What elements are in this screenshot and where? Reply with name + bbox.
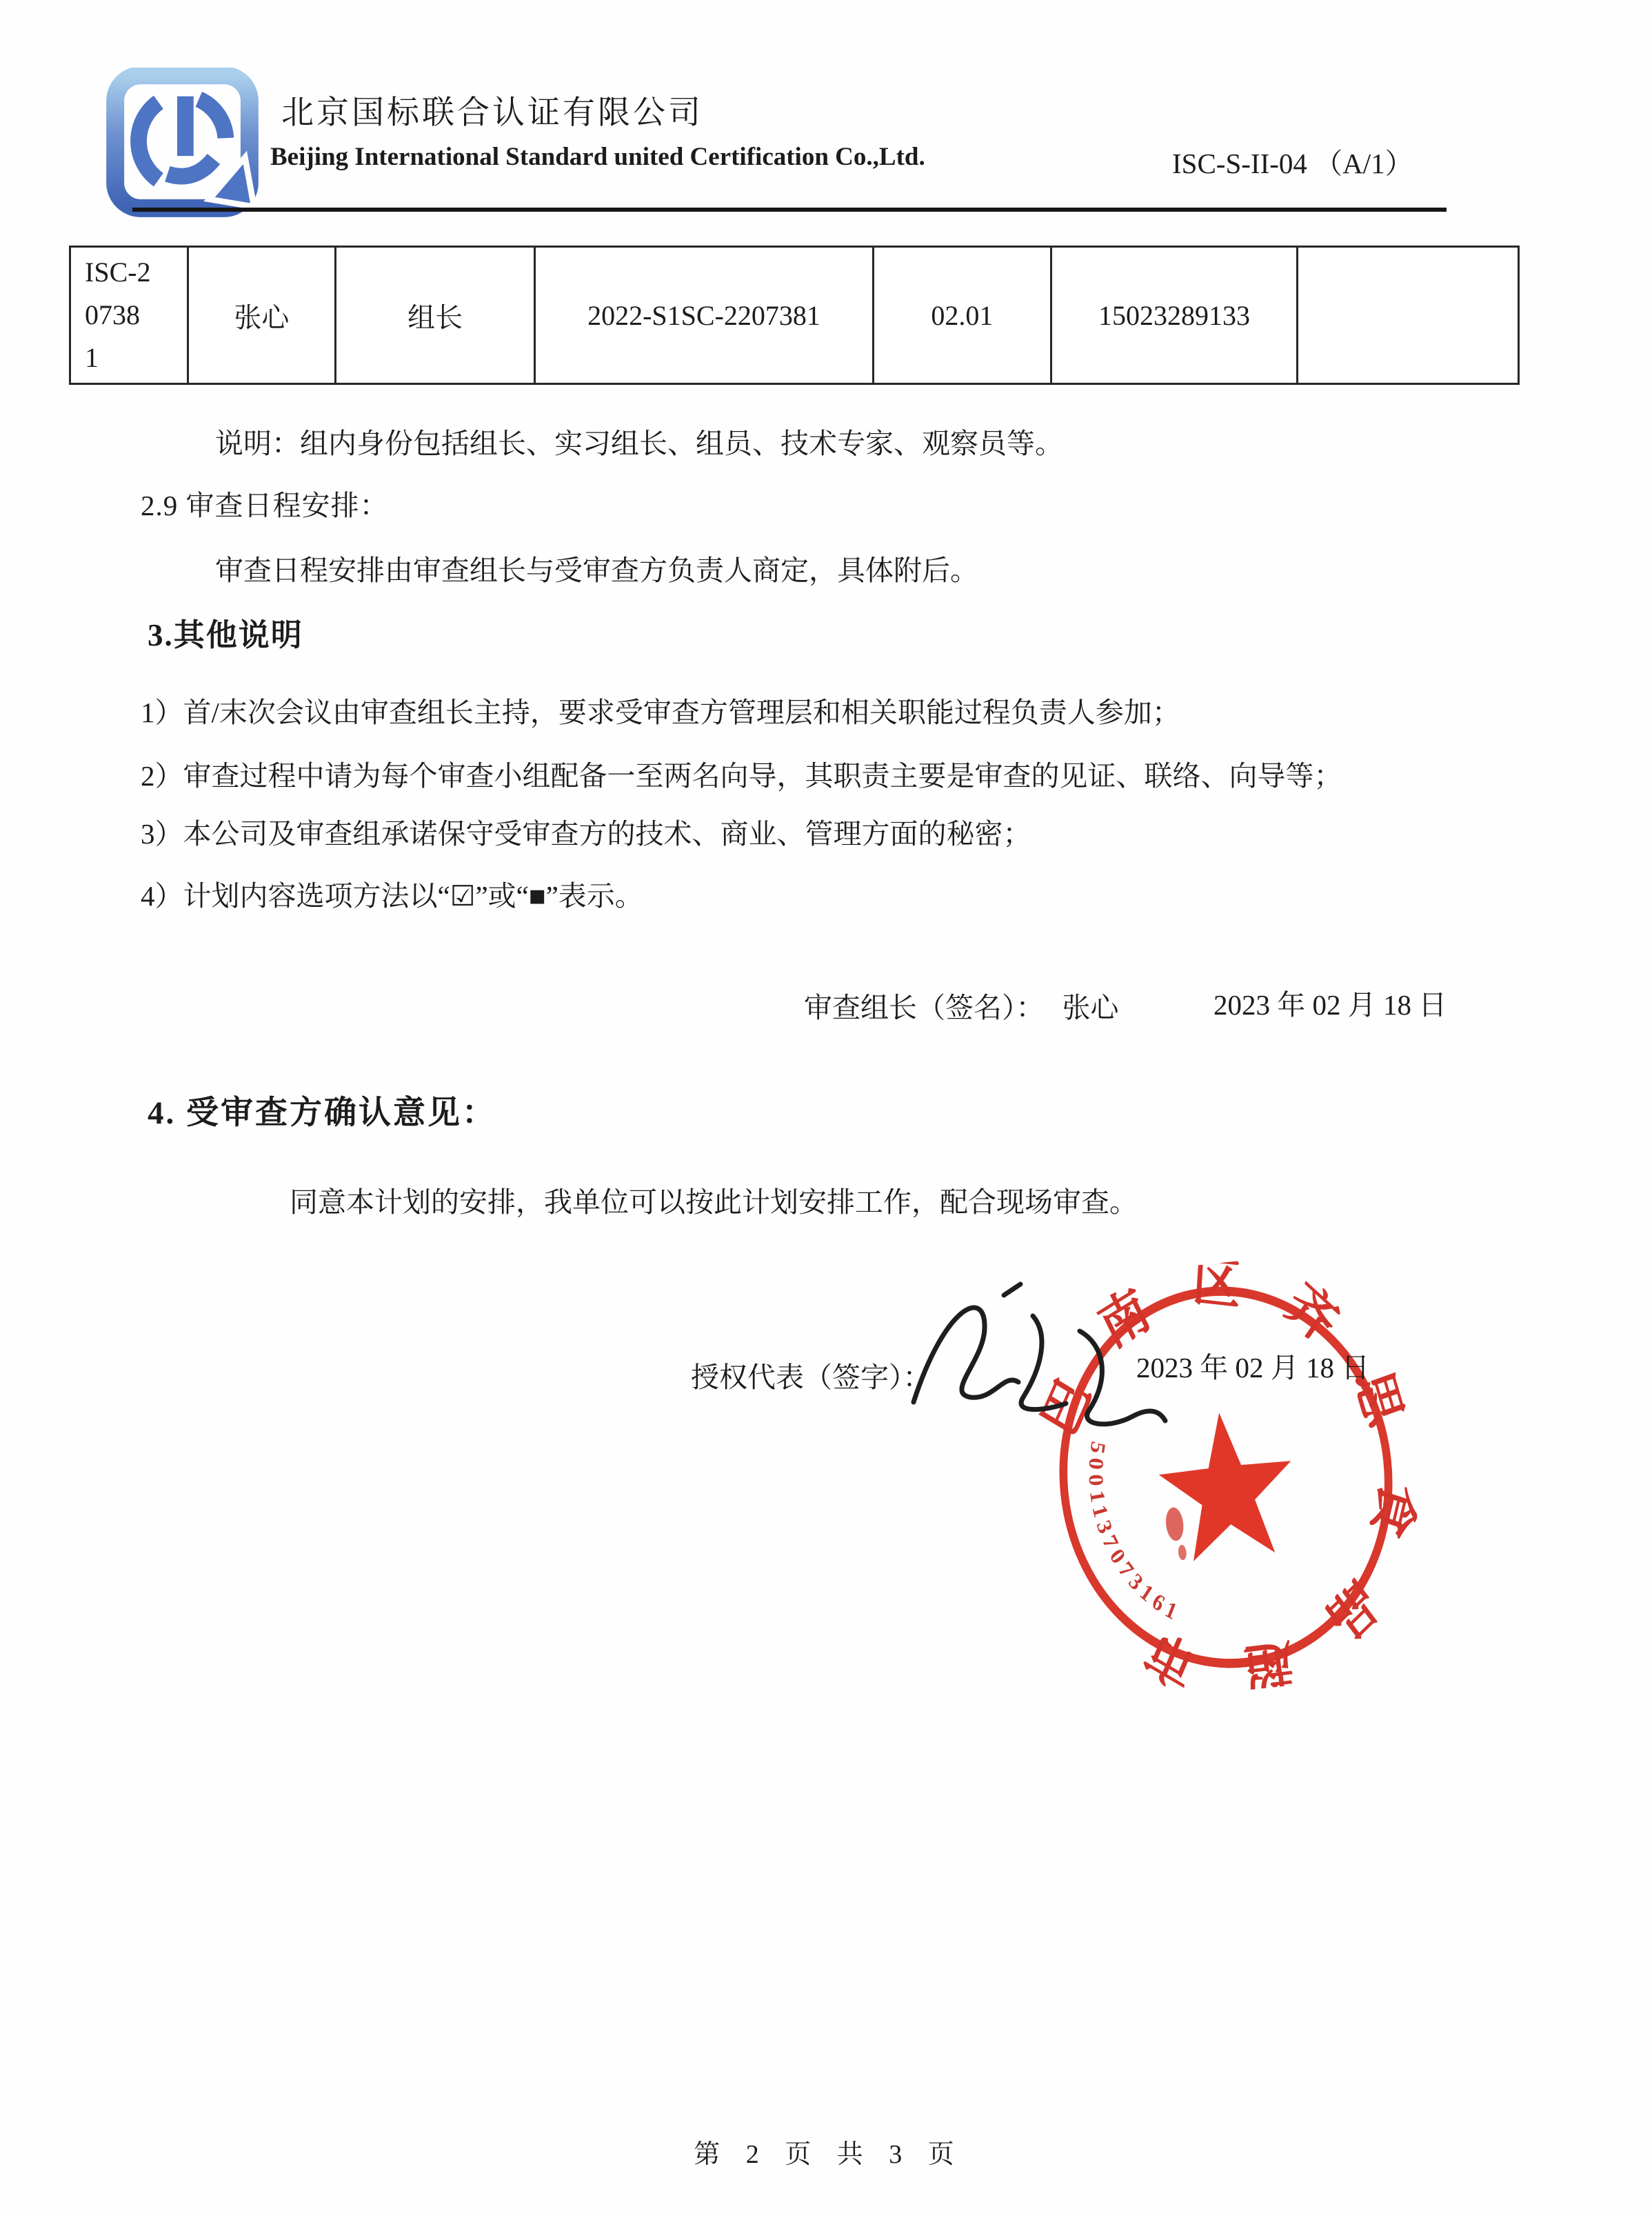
- confirmation-title: 4. 受审查方确认意见：: [148, 1087, 496, 1133]
- leader-signature-date: 2023 年 02 月 18 日: [1213, 982, 1447, 1023]
- header-divider: [132, 208, 1447, 212]
- table-cell-date: 02.01: [874, 248, 1052, 383]
- other-note-item: 2）审查过程中请为每个审查小组配备一至两名向导，其职责主要是审查的见证、联络、向…: [141, 753, 1342, 794]
- company-name-en: Beijing International Standard united Ce…: [270, 142, 925, 172]
- table-cell-name: 张心: [189, 248, 336, 383]
- document-code: ISC-S-II-04 （A/1）: [1172, 141, 1413, 181]
- other-note-item: 1）首/末次会议由审查组长主持，要求受审查方管理层和相关职能过程负责人参加；: [141, 690, 1180, 730]
- table-cell-phone: 15023289133: [1052, 248, 1298, 383]
- table-note: 说明：组内身份包括组长、实习组长、组员、技术专家、观察员等。: [215, 421, 1063, 461]
- audit-team-table: ISC-207381 张心 组长 2022-S1SC-2207381 02.01…: [69, 246, 1520, 385]
- table-cell-remark: [1298, 248, 1518, 383]
- stamp-ink-smudge: [1165, 1506, 1185, 1541]
- other-note-item: 4）计划内容选项方法以“☑”或“■”表示。: [141, 873, 643, 914]
- leader-signature-label: 审查组长（签名）：: [804, 992, 1045, 1023]
- table-cell-cert-no: 2022-S1SC-2207381: [536, 248, 874, 383]
- table-cell-role: 组长: [336, 248, 536, 383]
- handwritten-signature: [876, 1268, 1200, 1475]
- leader-signature-line: 审查组长（签名）：张心: [804, 985, 1119, 1026]
- table-cell-plan-no: ISC-207381: [71, 248, 189, 383]
- page-number: 第 2 页 共 3 页: [0, 2132, 1652, 2170]
- leader-signature-name: 张心: [1062, 992, 1119, 1023]
- document-page: 北京国标联合认证有限公司 Beijing International Stand…: [0, 0, 1652, 2218]
- company-logo-icon: [105, 68, 269, 223]
- other-notes-title: 3.其他说明: [148, 610, 303, 655]
- confirmation-body: 同意本计划的安排，我单位可以按此计划安排工作，配合现场审查。: [290, 1179, 1138, 1220]
- schedule-section-body: 审查日程安排由审查组长与受审查方负责人商定，具体附后。: [215, 548, 978, 588]
- schedule-section-title: 2.9 审查日程安排：: [141, 483, 389, 523]
- stamp-ink-smudge: [1178, 1544, 1187, 1560]
- company-name-cn: 北京国标联合认证有限公司: [281, 87, 703, 133]
- other-note-item: 3）本公司及审查组承诺保守受审查方的技术、商业、管理方面的秘密；: [141, 811, 1031, 852]
